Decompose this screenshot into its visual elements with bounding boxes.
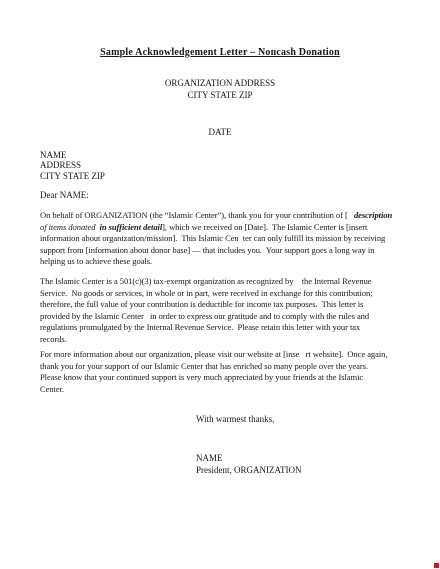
- paragraph-line: helping us to achieve these goals.: [40, 256, 410, 268]
- paragraph-line: provided by the Islamic Center in order …: [40, 311, 410, 323]
- paragraph-line: The Islamic Center is a 501(c)(3) tax-ex…: [40, 276, 410, 288]
- paragraph-line: information about organization/mission].…: [40, 233, 410, 245]
- text-run: regulations promulgated by the Internal …: [40, 322, 360, 332]
- signature-block: NAME President, ORGANIZATION: [196, 453, 302, 476]
- paragraph-line: On behalf of ORGANIZATION (the “Islamic …: [40, 210, 410, 222]
- salutation: Dear NAME:: [40, 190, 89, 200]
- text-run: thank you for your support of our Islami…: [40, 361, 368, 371]
- paragraph-line: Please know that your continued support …: [40, 372, 410, 384]
- organization-address-line: CITY STATE ZIP: [0, 90, 440, 102]
- paragraph-line: of items donated in sufficient detail], …: [40, 222, 410, 234]
- text-run: support from [information about donor ba…: [40, 245, 374, 255]
- paragraph-line: Center.: [40, 384, 410, 396]
- red-square-marker: [434, 563, 439, 568]
- paragraph-line: therefore, the full value of your contri…: [40, 299, 410, 311]
- paragraph-line: regulations promulgated by the Internal …: [40, 322, 410, 334]
- recipient-address: ADDRESS: [40, 160, 105, 170]
- closing-phrase: With warmest thanks,: [196, 414, 274, 424]
- recipient-city-state-zip: CITY STATE ZIP: [40, 171, 105, 181]
- letter-title: Sample Acknowledgement Letter – Noncash …: [0, 47, 440, 58]
- paragraph-line: Service. No goods or services, in whole …: [40, 288, 410, 300]
- paragraph: On behalf of ORGANIZATION (the “Islamic …: [40, 210, 410, 268]
- signature-title-organization: President, ORGANIZATION: [196, 465, 302, 477]
- text-run: Please know that your continued support …: [40, 372, 363, 382]
- text-run: For more information about our organizat…: [40, 349, 387, 359]
- text-run: The Islamic Center is a 501(c)(3) tax-ex…: [40, 276, 372, 286]
- paragraph-line: records.: [40, 334, 410, 346]
- text-run: records.: [40, 334, 67, 344]
- text-run: in sufficient detail: [100, 222, 163, 232]
- text-run: ], which we received on [Date]. The Isla…: [162, 222, 367, 232]
- text-run: Service. No goods or services, in whole …: [40, 288, 373, 298]
- text-run: provided by the Islamic Center in order …: [40, 311, 369, 321]
- text-run: of items donated: [40, 222, 100, 232]
- text-run: information about organization/mission].…: [40, 233, 385, 243]
- recipient-address-block: NAME ADDRESS CITY STATE ZIP: [40, 150, 105, 181]
- text-run: therefore, the full value of your contri…: [40, 299, 363, 309]
- paragraph-line: For more information about our organizat…: [40, 349, 410, 361]
- paragraph-line: support from [information about donor ba…: [40, 245, 410, 257]
- text-run: description: [354, 210, 392, 220]
- text-run: helping us to achieve these goals.: [40, 256, 152, 266]
- letter-page: Sample Acknowledgement Letter – Noncash …: [0, 0, 440, 569]
- text-run: Center.: [40, 384, 64, 394]
- text-run: On behalf of ORGANIZATION (the “Islamic …: [40, 210, 354, 220]
- organization-address-line: ORGANIZATION ADDRESS: [0, 78, 440, 90]
- date-placeholder: DATE: [0, 127, 440, 137]
- signature-name: NAME: [196, 453, 302, 465]
- paragraph: The Islamic Center is a 501(c)(3) tax-ex…: [40, 276, 410, 346]
- recipient-name: NAME: [40, 150, 105, 160]
- paragraph-line: thank you for your support of our Islami…: [40, 361, 410, 373]
- organization-address-block: ORGANIZATION ADDRESS CITY STATE ZIP: [0, 78, 440, 101]
- paragraph: For more information about our organizat…: [40, 349, 410, 395]
